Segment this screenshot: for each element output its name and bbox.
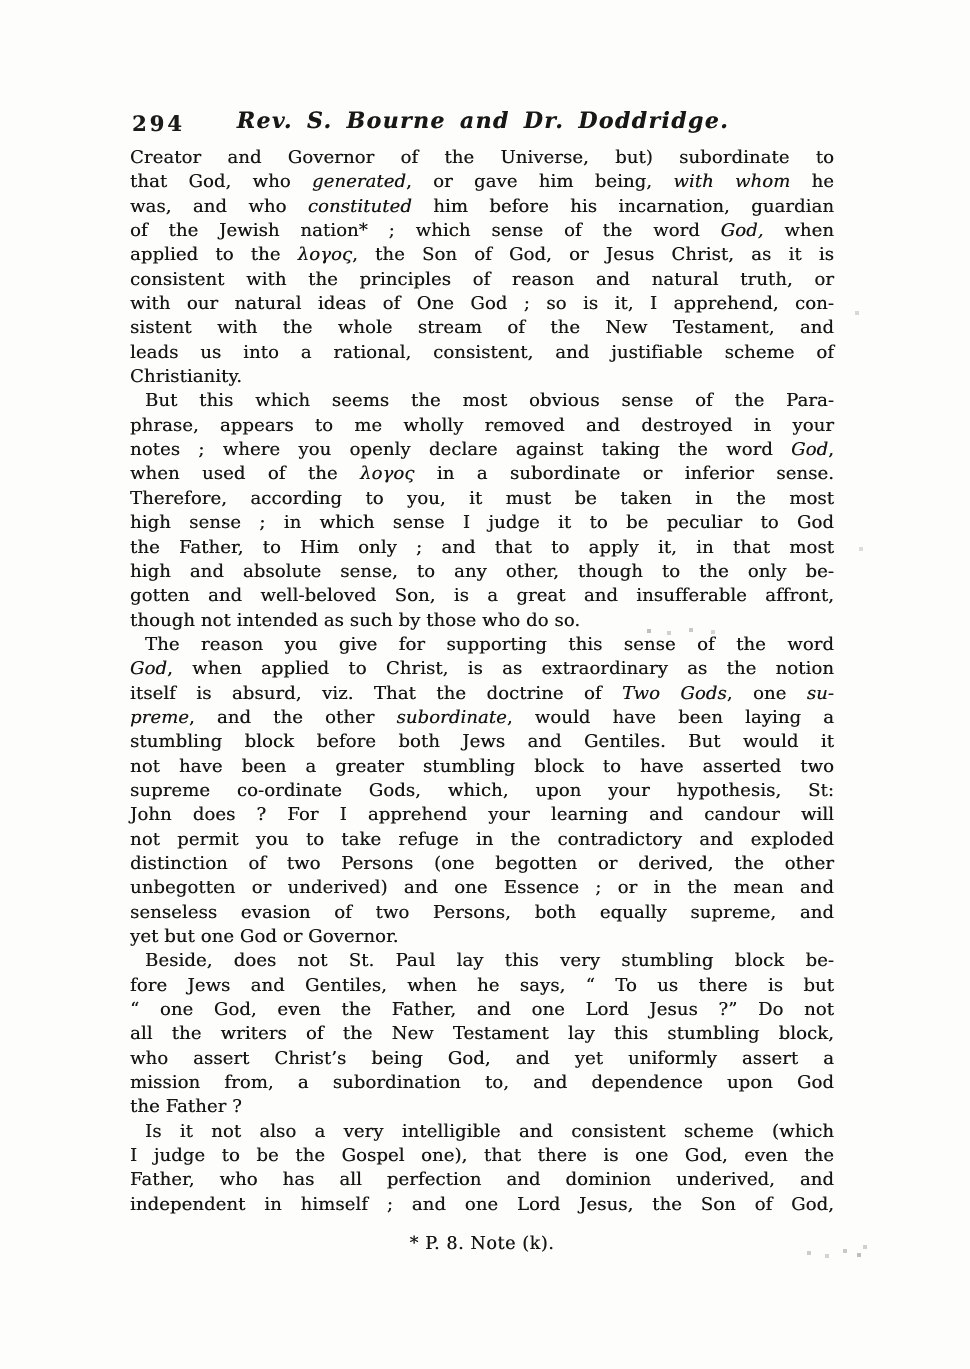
italic-text: preme	[130, 707, 189, 728]
text-line: though not intended as such by those who…	[130, 609, 834, 633]
text-line: the Father, to Him only ; and that to ap…	[130, 536, 834, 560]
italic-text: λογος	[360, 463, 414, 484]
plain-text: with our natural ideas of One God ; so i…	[130, 293, 834, 314]
text-line: all the writers of the New Testament lay…	[130, 1022, 834, 1046]
text-line: independent in himself ; and one Lord Je…	[130, 1193, 834, 1217]
text-line: stumbling block before both Jews and Gen…	[130, 730, 834, 754]
text-line: supreme co-ordinate Gods, which, upon yo…	[130, 779, 834, 803]
text-line: applied to the λογος, the Son of God, or…	[130, 243, 834, 267]
plain-text: the Father, to Him only ; and that to ap…	[130, 537, 834, 558]
text-line: gotten and well-beloved Son, is a great …	[130, 584, 834, 608]
plain-text: phrase, appears to me wholly removed and…	[130, 415, 834, 436]
text-line: of the Jewish nation* ; which sense of t…	[130, 219, 834, 243]
italic-text: God	[130, 658, 167, 679]
text-line: distinction of two Persons (one begotten…	[130, 852, 834, 876]
plain-text: distinction of two Persons (one begotten…	[130, 853, 834, 874]
plain-text: Beside, does not St. Paul lay this very …	[145, 950, 834, 971]
page-header: 294 Rev. S. Bourne and Dr. Doddridge.	[130, 108, 836, 138]
plain-text: consistent with the principles of reason…	[130, 269, 834, 290]
text-line: fore Jews and Gentiles, when he says, “ …	[130, 974, 834, 998]
text-line: unbegotten or underived) and one Essence…	[130, 876, 834, 900]
plain-text: The reason you give for supporting this …	[145, 634, 834, 655]
text-line: high sense ; in which sense I judge it t…	[130, 511, 834, 535]
plain-text: yet but one God or Governor.	[130, 926, 399, 947]
plain-text: mission from, a subordination to, and de…	[130, 1072, 834, 1093]
text-line: leads us into a rational, consistent, an…	[130, 341, 834, 365]
plain-text: Is it not also a very intelligible and c…	[145, 1121, 834, 1142]
text-line: Creator and Governor of the Universe, bu…	[130, 146, 834, 170]
text-line: not have been a greater stumbling block …	[130, 755, 834, 779]
plain-text: senseless evasion of two Persons, both e…	[130, 902, 834, 923]
plain-text: Christianity.	[130, 366, 242, 387]
scan-noise	[0, 0, 2, 2]
footnote: * P. 8. Note (k).	[130, 1234, 834, 1254]
plain-text: Creator and Governor of the Universe, bu…	[130, 147, 834, 168]
plain-text: , the Son of God, or Jesus Christ, as it…	[352, 244, 834, 265]
plain-text: of the Jewish nation* ; which sense of t…	[130, 220, 721, 241]
text-line: mission from, a subordination to, and de…	[130, 1071, 834, 1095]
text-line: not permit you to take refuge in the con…	[130, 828, 834, 852]
plain-text: John does ? For I apprehend your learnin…	[130, 804, 834, 825]
italic-text: generated	[312, 171, 406, 192]
text-line: “ one God, even the Father, and one Lord…	[130, 998, 834, 1022]
text-line: with our natural ideas of One God ; so i…	[130, 292, 834, 316]
italic-text: Two Gods	[622, 683, 727, 704]
plain-text: not permit you to take refuge in the con…	[130, 829, 834, 850]
plain-text: he	[790, 171, 834, 192]
text-line: that God, who generated, or gave him bei…	[130, 170, 834, 194]
text-line: Father, who has all perfection and domin…	[130, 1168, 834, 1192]
italic-text: God,	[721, 220, 764, 241]
plain-text: when used of the	[130, 463, 360, 484]
plain-text: him before his incarnation, guardian	[412, 196, 834, 217]
text-line: Beside, does not St. Paul lay this very …	[130, 949, 834, 973]
plain-text: high and absolute sense, to any other, t…	[130, 561, 834, 582]
italic-text: constituted	[308, 196, 412, 217]
text-line: Is it not also a very intelligible and c…	[130, 1120, 834, 1144]
plain-text: that God, who	[130, 171, 312, 192]
plain-text: high sense ; in which sense I judge it t…	[130, 512, 834, 533]
plain-text: applied to the	[130, 244, 298, 265]
text-line: phrase, appears to me wholly removed and…	[130, 414, 834, 438]
text-line: yet but one God or Governor.	[130, 925, 834, 949]
plain-text: was, and who	[130, 196, 308, 217]
plain-text: itself is absurd, viz. That the doctrine…	[130, 683, 622, 704]
text-line: when used of the λογος in a subordinate …	[130, 462, 834, 486]
text-line: I judge to be the Gospel one), that ther…	[130, 1144, 834, 1168]
plain-text: supreme co-ordinate Gods, which, upon yo…	[130, 780, 834, 801]
italic-text: God	[791, 439, 828, 460]
plain-text: leads us into a rational, consistent, an…	[130, 342, 834, 363]
italic-text: su-	[807, 683, 834, 704]
plain-text: not have been a greater stumbling block …	[130, 756, 834, 777]
text-line: the Father ?	[130, 1095, 834, 1119]
plain-text: though not intended as such by those who…	[130, 610, 580, 631]
plain-text: , or gave him being,	[406, 171, 673, 192]
plain-text: , would have been laying a	[507, 707, 834, 728]
italic-text: with whom	[673, 171, 790, 192]
plain-text: , when applied to Christ, is as extraord…	[167, 658, 834, 679]
plain-text: But this which seems the most obvious se…	[145, 390, 834, 411]
plain-text: the Father ?	[130, 1096, 242, 1117]
text-line: sistent with the whole stream of the New…	[130, 316, 834, 340]
text-line: high and absolute sense, to any other, t…	[130, 560, 834, 584]
plain-text: fore Jews and Gentiles, when he says, “ …	[130, 975, 834, 996]
plain-text: all the writers of the New Testament lay…	[130, 1023, 834, 1044]
plain-text: notes ; where you openly declare against…	[130, 439, 791, 460]
text-line: But this which seems the most obvious se…	[130, 389, 834, 413]
plain-text: who assert Christ’s being God, and yet u…	[130, 1048, 834, 1069]
text-line: Therefore, according to you, it must be …	[130, 487, 834, 511]
book-page: 294 Rev. S. Bourne and Dr. Doddridge. Cr…	[0, 0, 970, 1369]
text-line: who assert Christ’s being God, and yet u…	[130, 1047, 834, 1071]
plain-text: “ one God, even the Father, and one Lord…	[130, 999, 834, 1020]
plain-text: Father, who has all perfection and domin…	[130, 1169, 834, 1190]
text-line: consistent with the principles of reason…	[130, 268, 834, 292]
text-line: was, and who constituted him before his …	[130, 195, 834, 219]
text-line: notes ; where you openly declare against…	[130, 438, 834, 462]
text-line: God, when applied to Christ, is as extra…	[130, 657, 834, 681]
plain-text: sistent with the whole stream of the New…	[130, 317, 834, 338]
plain-text: independent in himself ; and one Lord Je…	[130, 1194, 834, 1215]
plain-text: gotten and well-beloved Son, is a great …	[130, 585, 834, 606]
plain-text: I judge to be the Gospel one), that ther…	[130, 1145, 834, 1166]
plain-text: stumbling block before both Jews and Gen…	[130, 731, 834, 752]
text-line: The reason you give for supporting this …	[130, 633, 834, 657]
italic-text: subordinate	[396, 707, 506, 728]
text-line: John does ? For I apprehend your learnin…	[130, 803, 834, 827]
plain-text: unbegotten or underived) and one Essence…	[130, 877, 834, 898]
plain-text: in a subordinate or inferior sense.	[414, 463, 834, 484]
text-line: senseless evasion of two Persons, both e…	[130, 901, 834, 925]
running-title: Rev. S. Bourne and Dr. Doddridge.	[130, 108, 836, 134]
page-number: 294	[132, 111, 185, 136]
italic-text: λογος	[298, 244, 352, 265]
text-line: preme, and the other subordinate, would …	[130, 706, 834, 730]
body-text: Creator and Governor of the Universe, bu…	[130, 146, 834, 1217]
text-line: itself is absurd, viz. That the doctrine…	[130, 682, 834, 706]
plain-text: when	[764, 220, 834, 241]
plain-text: , and the other	[189, 707, 396, 728]
plain-text: ,	[828, 439, 834, 460]
text-line: Christianity.	[130, 365, 834, 389]
plain-text: Therefore, according to you, it must be …	[130, 488, 834, 509]
plain-text: , one	[727, 683, 807, 704]
